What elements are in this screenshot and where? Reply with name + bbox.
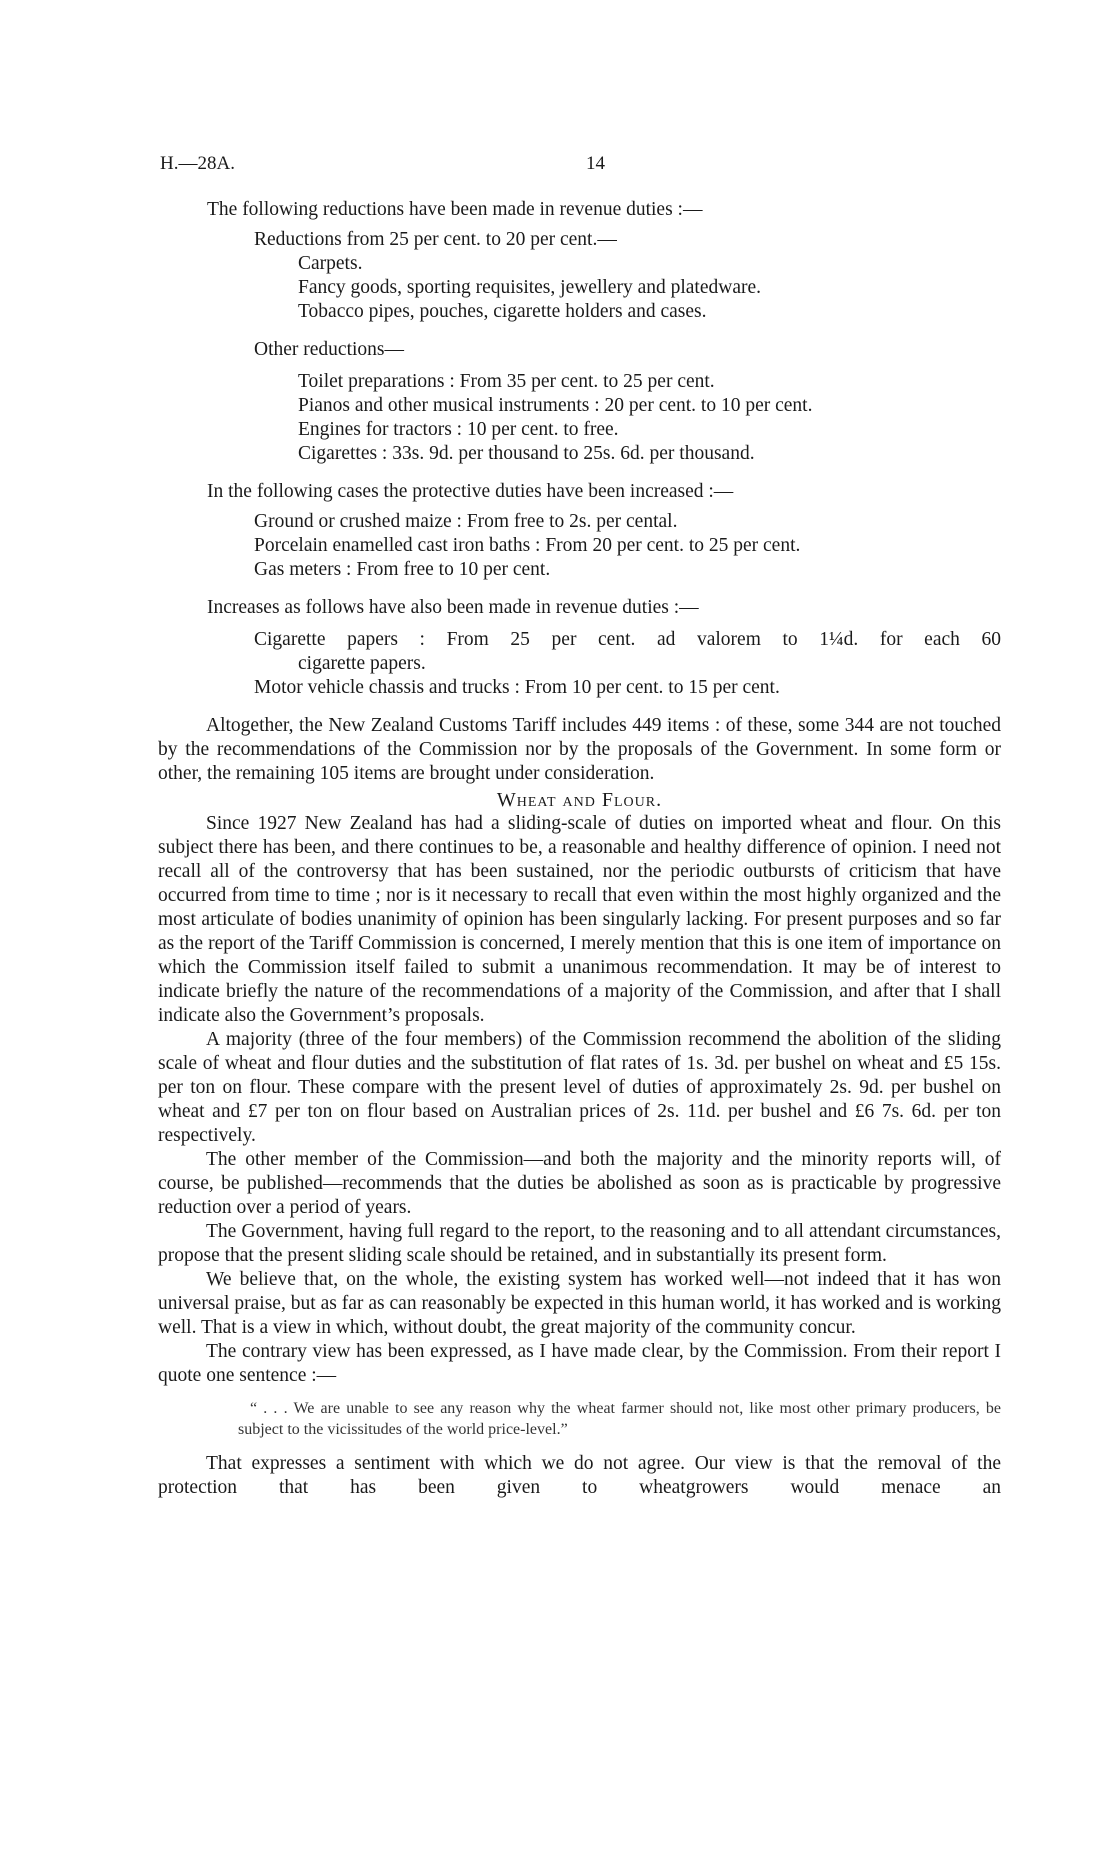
reductions-group2-title: Other reductions— bbox=[158, 338, 1001, 362]
page-number: 14 bbox=[586, 152, 605, 176]
closing-paragraph: That expresses a sentiment with which we… bbox=[158, 1452, 1001, 1500]
protective-increases-section: In the following cases the protective du… bbox=[158, 480, 1001, 582]
list-item: Ground or crushed maize : From free to 2… bbox=[158, 510, 1001, 534]
protective-increases-intro: In the following cases the protective du… bbox=[158, 480, 1001, 504]
list-item: Porcelain enamelled cast iron baths : Fr… bbox=[158, 534, 1001, 558]
revenue-increases-section: Increases as follows have also been made… bbox=[158, 596, 1001, 700]
body-paragraph: The Government, having full regard to th… bbox=[158, 1220, 1001, 1268]
commission-quote: “ . . . We are unable to see any reason … bbox=[238, 1398, 1001, 1440]
revenue-reductions-section: The following reductions have been made … bbox=[158, 198, 1001, 466]
body-paragraph: A majority (three of the four members) o… bbox=[158, 1028, 1001, 1148]
list-item: Cigarettes : 33s. 9d. per thousand to 25… bbox=[158, 442, 1001, 466]
list-item: Engines for tractors : 10 per cent. to f… bbox=[158, 418, 1001, 442]
page-header: H.—28A. 14 bbox=[158, 150, 1001, 180]
list-item: Fancy goods, sporting requisites, jewell… bbox=[158, 276, 1001, 300]
list-item: Pianos and other musical instruments : 2… bbox=[158, 394, 1001, 418]
list-item: Carpets. bbox=[158, 252, 1001, 276]
list-item: Motor vehicle chassis and trucks : From … bbox=[158, 676, 1001, 700]
revenue-increases-intro: Increases as follows have also been made… bbox=[158, 596, 1001, 620]
body-paragraph: Since 1927 New Zealand has had a sliding… bbox=[158, 812, 1001, 1028]
wheat-and-flour-section: Wheat and Flour. Since 1927 New Zealand … bbox=[158, 788, 1001, 1500]
body-paragraph: The other member of the Commission—and b… bbox=[158, 1148, 1001, 1220]
list-item: Tobacco pipes, pouches, cigarette holder… bbox=[158, 300, 1001, 324]
document-reference: H.—28A. bbox=[160, 152, 235, 176]
section-heading: Wheat and Flour. bbox=[158, 788, 1001, 812]
document-page: H.—28A. 14 The following reductions have… bbox=[158, 150, 1001, 1500]
body-paragraph: The contrary view has been expressed, as… bbox=[158, 1340, 1001, 1388]
list-item: Gas meters : From free to 10 per cent. bbox=[158, 558, 1001, 582]
list-item-continuation: cigarette papers. bbox=[158, 652, 1001, 676]
list-item: Cigarette papers : From 25 per cent. ad … bbox=[158, 628, 1001, 652]
list-item: Toilet preparations : From 35 per cent. … bbox=[158, 370, 1001, 394]
reductions-group1-title: Reductions from 25 per cent. to 20 per c… bbox=[158, 228, 1001, 252]
revenue-reductions-intro: The following reductions have been made … bbox=[158, 198, 1001, 222]
summary-paragraph: Altogether, the New Zealand Customs Tari… bbox=[158, 714, 1001, 786]
body-paragraph: We believe that, on the whole, the exist… bbox=[158, 1268, 1001, 1340]
